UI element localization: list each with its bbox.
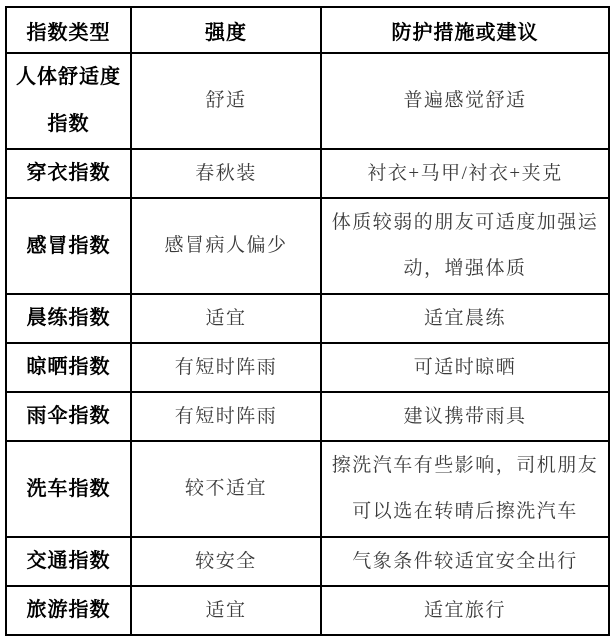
index-type-cell: 感冒指数 <box>6 198 131 294</box>
column-header-strength: 强度 <box>131 7 321 53</box>
advice-cell: 适宜旅行 <box>321 586 609 635</box>
index-type-cell: 旅游指数 <box>6 586 131 635</box>
column-header-index-type: 指数类型 <box>6 7 131 53</box>
advice-cell: 体质较弱的朋友可适度加强运动，增强体质 <box>321 198 609 294</box>
table-row: 晾晒指数 有短时阵雨 可适时晾晒 <box>6 343 609 392</box>
index-type-cell: 人体舒适度指数 <box>6 53 131 149</box>
table-row: 雨伞指数 有短时阵雨 建议携带雨具 <box>6 392 609 441</box>
strength-cell: 适宜 <box>131 586 321 635</box>
table-row: 穿衣指数 春秋装 衬衣+马甲/衬衣+夹克 <box>6 149 609 198</box>
advice-cell: 衬衣+马甲/衬衣+夹克 <box>321 149 609 198</box>
index-type-cell: 交通指数 <box>6 537 131 586</box>
index-type-cell: 雨伞指数 <box>6 392 131 441</box>
strength-cell: 感冒病人偏少 <box>131 198 321 294</box>
header-row: 指数类型 强度 防护措施或建议 <box>6 7 609 53</box>
advice-cell: 适宜晨练 <box>321 294 609 343</box>
table-row: 人体舒适度指数 舒适 普遍感觉舒适 <box>6 53 609 149</box>
strength-cell: 适宜 <box>131 294 321 343</box>
index-type-cell: 晾晒指数 <box>6 343 131 392</box>
table-row: 洗车指数 较不适宜 擦洗汽车有些影响，司机朋友可以选在转晴后擦洗汽车 <box>6 441 609 537</box>
weather-index-table: 指数类型 强度 防护措施或建议 人体舒适度指数 舒适 普遍感觉舒适 穿衣指数 春… <box>5 6 610 636</box>
index-type-cell: 穿衣指数 <box>6 149 131 198</box>
table-row: 交通指数 较安全 气象条件较适宜安全出行 <box>6 537 609 586</box>
strength-cell: 有短时阵雨 <box>131 392 321 441</box>
strength-cell: 有短时阵雨 <box>131 343 321 392</box>
advice-cell: 可适时晾晒 <box>321 343 609 392</box>
strength-cell: 较不适宜 <box>131 441 321 537</box>
column-header-advice: 防护措施或建议 <box>321 7 609 53</box>
strength-cell: 舒适 <box>131 53 321 149</box>
advice-cell: 普遍感觉舒适 <box>321 53 609 149</box>
strength-cell: 春秋装 <box>131 149 321 198</box>
advice-cell: 气象条件较适宜安全出行 <box>321 537 609 586</box>
advice-cell: 建议携带雨具 <box>321 392 609 441</box>
index-type-cell: 洗车指数 <box>6 441 131 537</box>
advice-cell: 擦洗汽车有些影响，司机朋友可以选在转晴后擦洗汽车 <box>321 441 609 537</box>
index-type-cell: 晨练指数 <box>6 294 131 343</box>
table-row: 感冒指数 感冒病人偏少 体质较弱的朋友可适度加强运动，增强体质 <box>6 198 609 294</box>
table-row: 旅游指数 适宜 适宜旅行 <box>6 586 609 635</box>
strength-cell: 较安全 <box>131 537 321 586</box>
table-row: 晨练指数 适宜 适宜晨练 <box>6 294 609 343</box>
